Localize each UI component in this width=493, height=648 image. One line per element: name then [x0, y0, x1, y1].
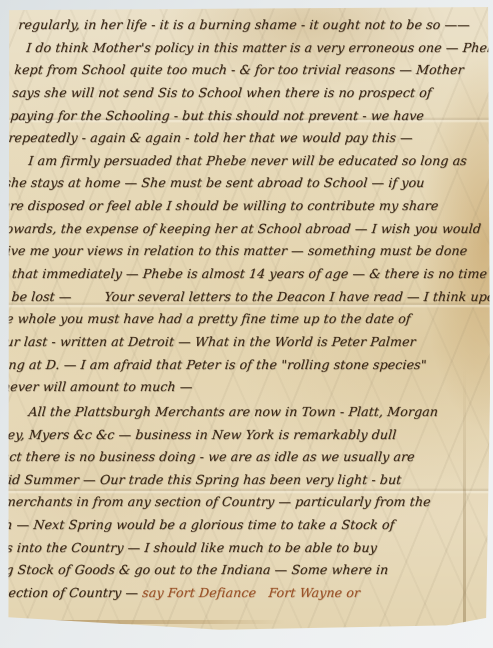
letter-line: paying for the Schooling - but this shou…	[9, 108, 476, 131]
letter-line: a snug Stock of Goods & go out to the In…	[0, 562, 436, 585]
letter-line: in Mid Summer — Our trade this Spring ha…	[0, 472, 444, 495]
letter-line: are disposed or feel able I should be wi…	[1, 198, 468, 221]
letter-line: towards, the expense of keeping her at S…	[0, 221, 466, 244]
letter-body: regularly, in her life - it is a burning…	[0, 17, 484, 608]
letter-line: All the Plattsburgh Merchants are now in…	[0, 404, 450, 427]
letter-line: I am firmly persuaded that Phebe never w…	[5, 153, 472, 176]
paper-folded-edge	[10, 620, 285, 624]
fold-crease-vertical	[463, 369, 466, 627]
letter-line: kept from School quite too much - & for …	[13, 62, 480, 85]
letter-line: give me your views in relation to this m…	[0, 243, 464, 266]
letter-line: says she will not send Sis to School whe…	[11, 85, 478, 108]
letter-paper: regularly, in her life - it is a burning…	[7, 7, 490, 631]
letter-line: few merchants in from any section of Cou…	[0, 494, 442, 517]
letter-line: South — Next Spring would be a glorious …	[0, 517, 440, 540]
letter-line: the whole you must have had a pretty fin…	[0, 311, 458, 334]
letter-line: doing at D. — I am afraid that Peter is …	[0, 357, 454, 380]
letter-line: Goods into the Country — I should like m…	[0, 540, 438, 563]
letter-line: in fact there is no business doing - we …	[0, 449, 446, 472]
letter-line: & never will amount to much —	[0, 379, 452, 402]
letter-line: to be lost — Your several letters to the…	[0, 289, 460, 312]
letter-closing-accent-text: say Fort Defiance Fort Wayne or	[142, 585, 361, 600]
letter-line: regularly, in her life - it is a burning…	[17, 17, 484, 40]
letter-closing-line: your section of Country — say Fort Defia…	[0, 585, 434, 608]
letter-line: Bailey, Myers &c &c — business in New Yo…	[0, 427, 448, 450]
letter-line: your last - written at Detroit — What in…	[0, 334, 456, 357]
letter-line: & that immediately — Phebe is almost 14 …	[0, 266, 462, 289]
letter-line: I do think Mother's policy in this matte…	[15, 40, 482, 63]
scan-background: regularly, in her life - it is a burning…	[0, 0, 493, 648]
letter-line: she stays at home — She must be sent abr…	[3, 175, 470, 198]
letter-line: repeatedly - again & again - told her th…	[7, 130, 474, 153]
letter-closing-text: your section of Country —	[0, 585, 143, 600]
